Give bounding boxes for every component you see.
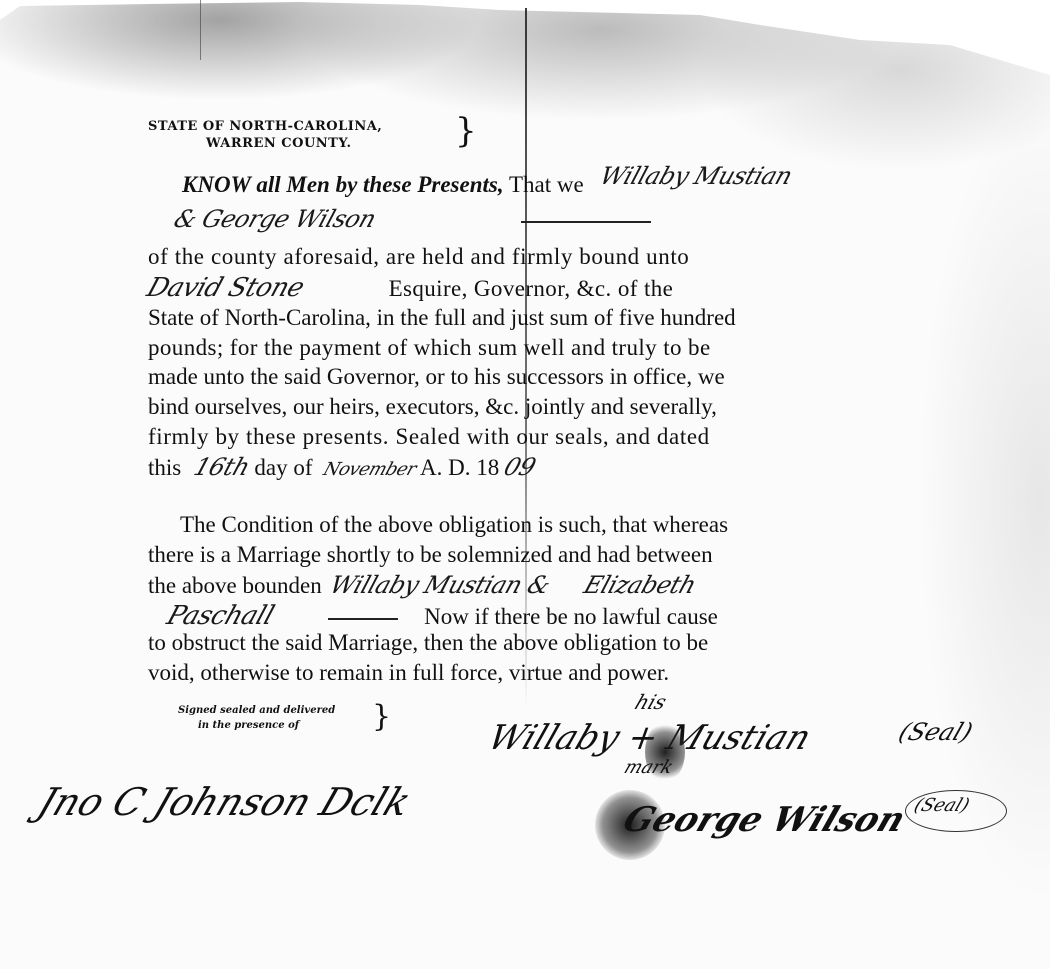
attestation-line-1: Signed sealed and delivered: [178, 703, 335, 718]
attestation-brace: }: [372, 700, 391, 734]
handwritten-governor-name: David Stone: [143, 273, 308, 303]
bond-line-9: firmly by these presents. Sealed with ou…: [148, 424, 710, 450]
handwritten-bondsman-2: & George Wilson: [170, 205, 379, 233]
bond-line-3: of the county aforesaid, are held and fi…: [148, 244, 689, 270]
date-year-prefix: A. D. 18: [420, 455, 499, 480]
signature-witness: Jno C Johnson Dclk: [32, 780, 417, 824]
above-bounden-text: the above bounden: [148, 573, 322, 598]
condition-line-1: The Condition of the above obligation is…: [180, 512, 728, 538]
bond-line-7: made unto the said Governor, or to his s…: [148, 364, 725, 390]
condition-line-2: there is a Marriage shortly to be solemn…: [148, 542, 713, 568]
handwritten-day: 16th: [190, 453, 253, 481]
surety-seal: (Seal): [911, 795, 972, 816]
bride-lastname-line: Paschall Now if there be no lawful cause: [148, 601, 718, 631]
handwritten-month: November: [321, 459, 419, 480]
couple-line: the above bounden Willaby Mustian & Eliz…: [148, 571, 695, 599]
date-line: this 16th day of November A. D. 1809: [148, 453, 535, 481]
esquire-governor-text: Esquire, Governor, &c. of the: [389, 276, 674, 301]
bond-line-5: State of North-Carolina, in the full and…: [148, 305, 736, 331]
condition-line-5: to obstruct the said Marriage, then the …: [148, 630, 708, 656]
document-header: STATE OF NORTH-CAROLINA, WARREN COUNTY.: [148, 118, 382, 152]
handwritten-bondsman-1: Willaby Mustian: [597, 162, 796, 190]
principal-seal: (Seal): [895, 718, 977, 746]
handwritten-bride-first-name: Elizabeth: [581, 571, 700, 599]
paper-fold-crease-secondary: [200, 0, 201, 60]
scanned-document-page: STATE OF NORTH-CAROLINA, WARREN COUNTY. …: [0, 0, 1050, 969]
date-mid: day of: [254, 455, 312, 480]
bond-opening-line: KNOW all Men by these Presents, That we …: [182, 170, 791, 198]
know-all-men-text: KNOW all Men by these Presents,: [182, 172, 504, 197]
signature-his-label: his: [632, 690, 670, 714]
witness-attestation: Signed sealed and delivered in the prese…: [178, 703, 335, 733]
handwritten-bride-last-name: Paschall: [163, 601, 277, 631]
signature-mark-label: mark: [621, 757, 676, 778]
bondsman-2-line: & George Wilson: [175, 205, 651, 233]
handwritten-groom-name: Willaby Mustian &: [327, 571, 554, 599]
governor-line: David Stone Esquire, Governor, &c. of th…: [148, 273, 673, 303]
that-we-text: That we: [509, 172, 584, 197]
blank-underline: [521, 221, 651, 223]
blank-underline: [328, 618, 398, 620]
handwritten-year-suffix: 09: [501, 453, 540, 481]
date-prefix: this: [148, 455, 181, 480]
header-county: WARREN COUNTY.: [148, 135, 382, 152]
bond-line-8: bind ourselves, our heirs, executors, &c…: [148, 394, 717, 420]
header-brace: }: [455, 114, 477, 148]
bond-line-6: pounds; for the payment of which sum wel…: [148, 335, 711, 361]
signature-surety: George Wilson: [618, 800, 911, 840]
condition-line-6: void, otherwise to remain in full force,…: [148, 660, 669, 686]
attestation-line-2: in the presence of: [178, 718, 335, 733]
lawful-cause-text: Now if there be no lawful cause: [424, 604, 718, 629]
header-state: STATE OF NORTH-CAROLINA,: [148, 118, 382, 135]
